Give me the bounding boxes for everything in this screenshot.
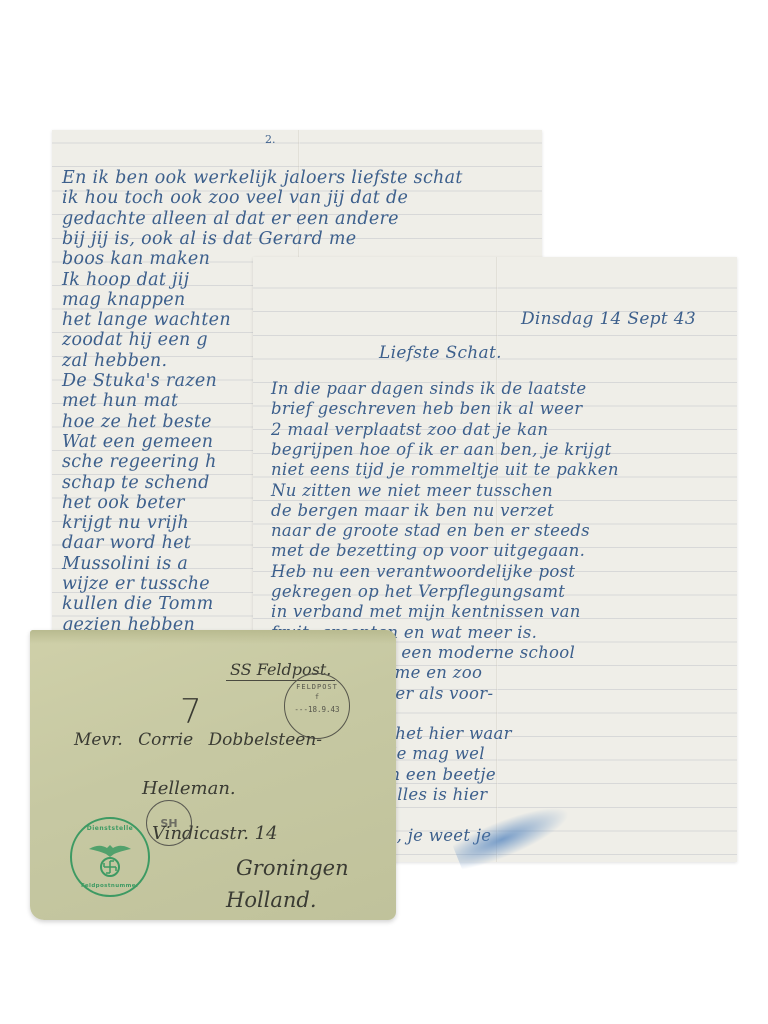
official-stamp-bottom: Feldpostnummer [72,883,148,889]
handwritten-line: met hun mat [62,391,178,411]
handwritten-line: zal hebben. [62,351,167,371]
envelope-address-line: Helleman. [142,778,236,799]
handwritten-line: kullen die Tomm [62,594,214,614]
handwritten-line: De Stuka's razen [62,371,217,391]
handwritten-line: met de bezetting op voor uitgegaan. [271,541,585,560]
official-stamp: Dienststelle Feldpostnummer [70,817,150,897]
handwritten-line: ik hou toch ook zoo veel van jij dat de [62,188,408,208]
handwritten-line: begrijpen hoe of ik er aan ben, je krijg… [271,440,612,459]
handwritten-line: de bergen maar ik ben nu verzet [271,501,554,520]
postmark-code: f [285,693,349,701]
handwritten-line: wijze er tussche [62,574,210,594]
handwritten-line: sche regeering h [62,452,217,472]
handwritten-line: In die paar dagen sinds ik de laatste [271,379,587,398]
letter-salutation: Liefste Schat. [379,343,502,363]
handwritten-line: het ook beter [62,493,185,513]
eagle-swastika-icon [87,835,133,881]
handwritten-line: krijgt nu vrijh [62,513,189,533]
handwritten-line: het lange wachten [62,310,231,330]
envelope-mark: 7 [180,692,202,732]
envelope-address-line: Groningen [236,856,349,880]
handwritten-line: Nu zitten we niet meer tusschen [271,481,553,500]
handwritten-line: Heb nu een verantwoordelijke post [271,562,575,581]
envelope: SS Feldpost. 7 FELDPOST f ---18.9.43 Mev… [30,630,396,920]
envelope-address-line: Holland. [226,888,317,912]
handwritten-line: daar word het [62,533,191,553]
handwritten-line: 2 maal verplaatst zoo dat je kan [271,420,548,439]
handwritten-line: schap te schend [62,473,210,493]
handwritten-line: gedachte alleen al dat er een andere [62,209,399,229]
handwritten-line: bij jij is, ook al is dat Gerard me [62,229,356,249]
handwritten-line: hoe ze het beste [62,412,212,432]
envelope-recipient: Mevr. Corrie Dobbelsteen- [74,730,322,750]
handwritten-line: zoodat hij een g [62,330,208,350]
handwritten-line: Ik hoop dat jij [62,270,189,290]
envelope-address-line: Vindicastr. 14 [152,823,278,844]
handwritten-line: Wat een gemeen [62,432,213,452]
letter-date: Dinsdag 14 Sept 43 [521,309,696,329]
handwritten-line: in verband met mijn kentnissen van [271,602,581,621]
handwritten-line: naar de groote stad en ben er steeds [271,521,590,540]
postmark-date: ---18.9.43 [285,705,349,714]
page-number: 2. [265,133,276,146]
official-stamp-top: Dienststelle [72,825,148,832]
handwritten-line: niet eens tijd je rommeltje uit te pakke… [271,460,619,479]
handwritten-line: Mussolini is a [62,554,188,574]
handwritten-line: mag knappen [62,290,185,310]
handwritten-line: En ik ben ook werkelijk jaloers liefste … [62,168,463,188]
ink-smudge [451,796,576,874]
postmark-top: FELDPOST [285,683,349,691]
handwritten-line: boos kan maken [62,249,210,269]
handwritten-line: brief geschreven heb ben ik al weer [271,399,582,418]
handwritten-line: gekregen op het Verpflegungsamt [271,582,565,601]
